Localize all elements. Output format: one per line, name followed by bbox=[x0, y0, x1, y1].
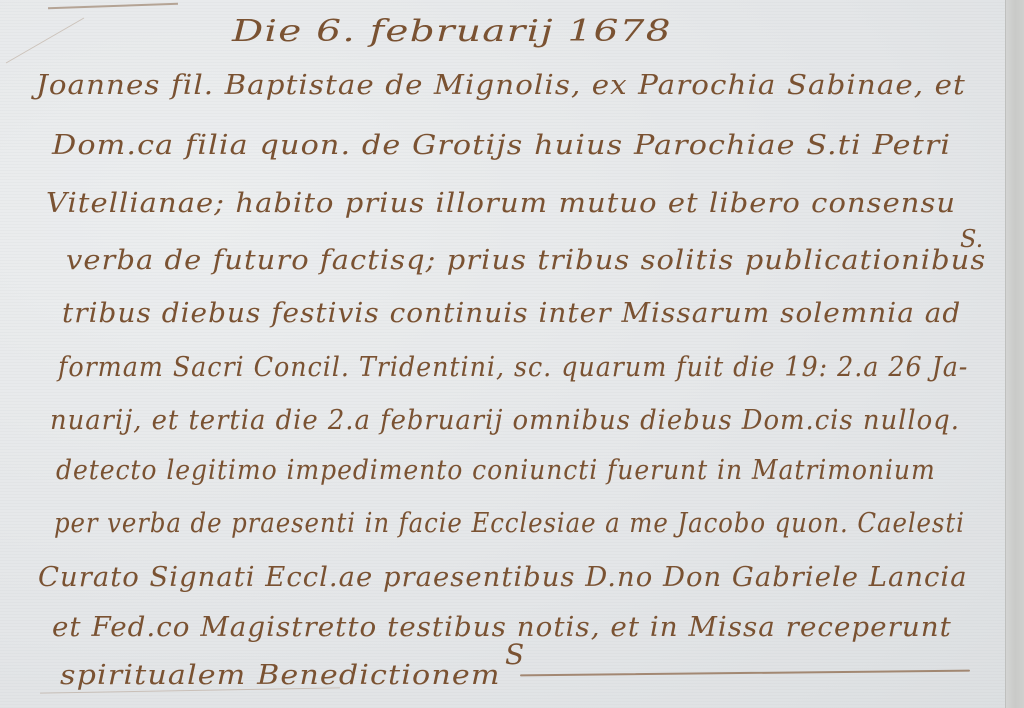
previous-entry-stroke bbox=[48, 3, 178, 10]
manuscript-line-5: tribus diebus festivis continuis inter M… bbox=[62, 298, 961, 329]
manuscript-line-4: verba de futuro factisq; prius tribus so… bbox=[66, 245, 986, 276]
manuscript-line-9: per verba de praesenti in facie Ecclesia… bbox=[54, 508, 965, 539]
manuscript-line-3: Vitellianae; habito prius illorum mutuo … bbox=[46, 188, 956, 219]
manuscript-page: Die 6. februarij 1678 Joannes fil. Bapti… bbox=[0, 0, 1024, 708]
manuscript-line-6: formam Sacri Concil. Tridentini, sc. qua… bbox=[58, 352, 968, 383]
manuscript-line-11: et Fed.co Magistretto testibus notis, et… bbox=[52, 612, 952, 643]
manuscript-line-1: Joannes fil. Baptistae de Mignolis, ex P… bbox=[36, 70, 966, 101]
manuscript-line-7: nuarij, et tertia die 2.a februarij omni… bbox=[50, 405, 960, 436]
closing-rule-line bbox=[520, 670, 970, 677]
closing-flourish: S bbox=[505, 638, 524, 671]
bleed-through-stroke bbox=[6, 18, 84, 64]
manuscript-line-8: detecto legitimo impedimento coniuncti f… bbox=[56, 455, 936, 486]
page-edge bbox=[1005, 0, 1024, 708]
manuscript-line-2: Dom.ca filia quon. de Grotijs huius Paro… bbox=[52, 130, 951, 161]
manuscript-line-10: Curato Signati Eccl.ae praesentibus D.no… bbox=[38, 562, 968, 593]
entry-date-heading: Die 6. februarij 1678 bbox=[232, 14, 672, 49]
manuscript-line-12: spiritualem Benedictionem bbox=[60, 660, 501, 691]
